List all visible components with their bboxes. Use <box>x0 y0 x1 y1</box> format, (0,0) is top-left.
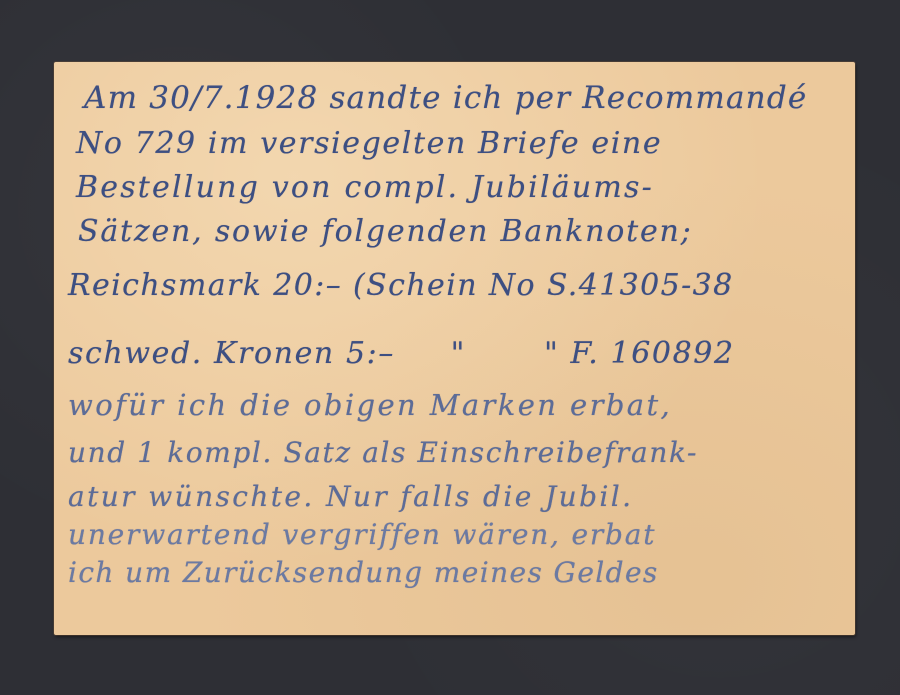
handwritten-line-11: ich um Zurücksendung meines Geldes <box>68 556 659 589</box>
handwritten-line-4: Sätzen, sowie folgenden Banknoten; <box>78 214 693 249</box>
handwritten-line-2: No 729 im versiegelten Briefe eine <box>76 126 662 161</box>
handwritten-line-10: unerwartend vergriffen wären, erbat <box>68 518 656 551</box>
handwritten-line-7: wofür ich die obigen Marken erbat, <box>68 388 672 422</box>
postcard: Am 30/7.1928 sandte ich per Recommandé N… <box>54 62 855 635</box>
handwritten-line-8: und 1 kompl. Satz als Einschreibefrank- <box>68 436 698 469</box>
handwritten-line-5: Reichsmark 20:– (Schein No S.41305-38 <box>68 268 734 303</box>
handwritten-line-9: atur wünschte. Nur falls die Jubil. <box>68 480 633 513</box>
handwritten-line-3: Bestellung von compl. Jubiläums- <box>76 170 654 205</box>
handwritten-line-6: schwed. Kronen 5:– " " F. 160892 <box>68 336 735 371</box>
handwritten-line-1: Am 30/7.1928 sandte ich per Recommandé <box>84 80 807 116</box>
